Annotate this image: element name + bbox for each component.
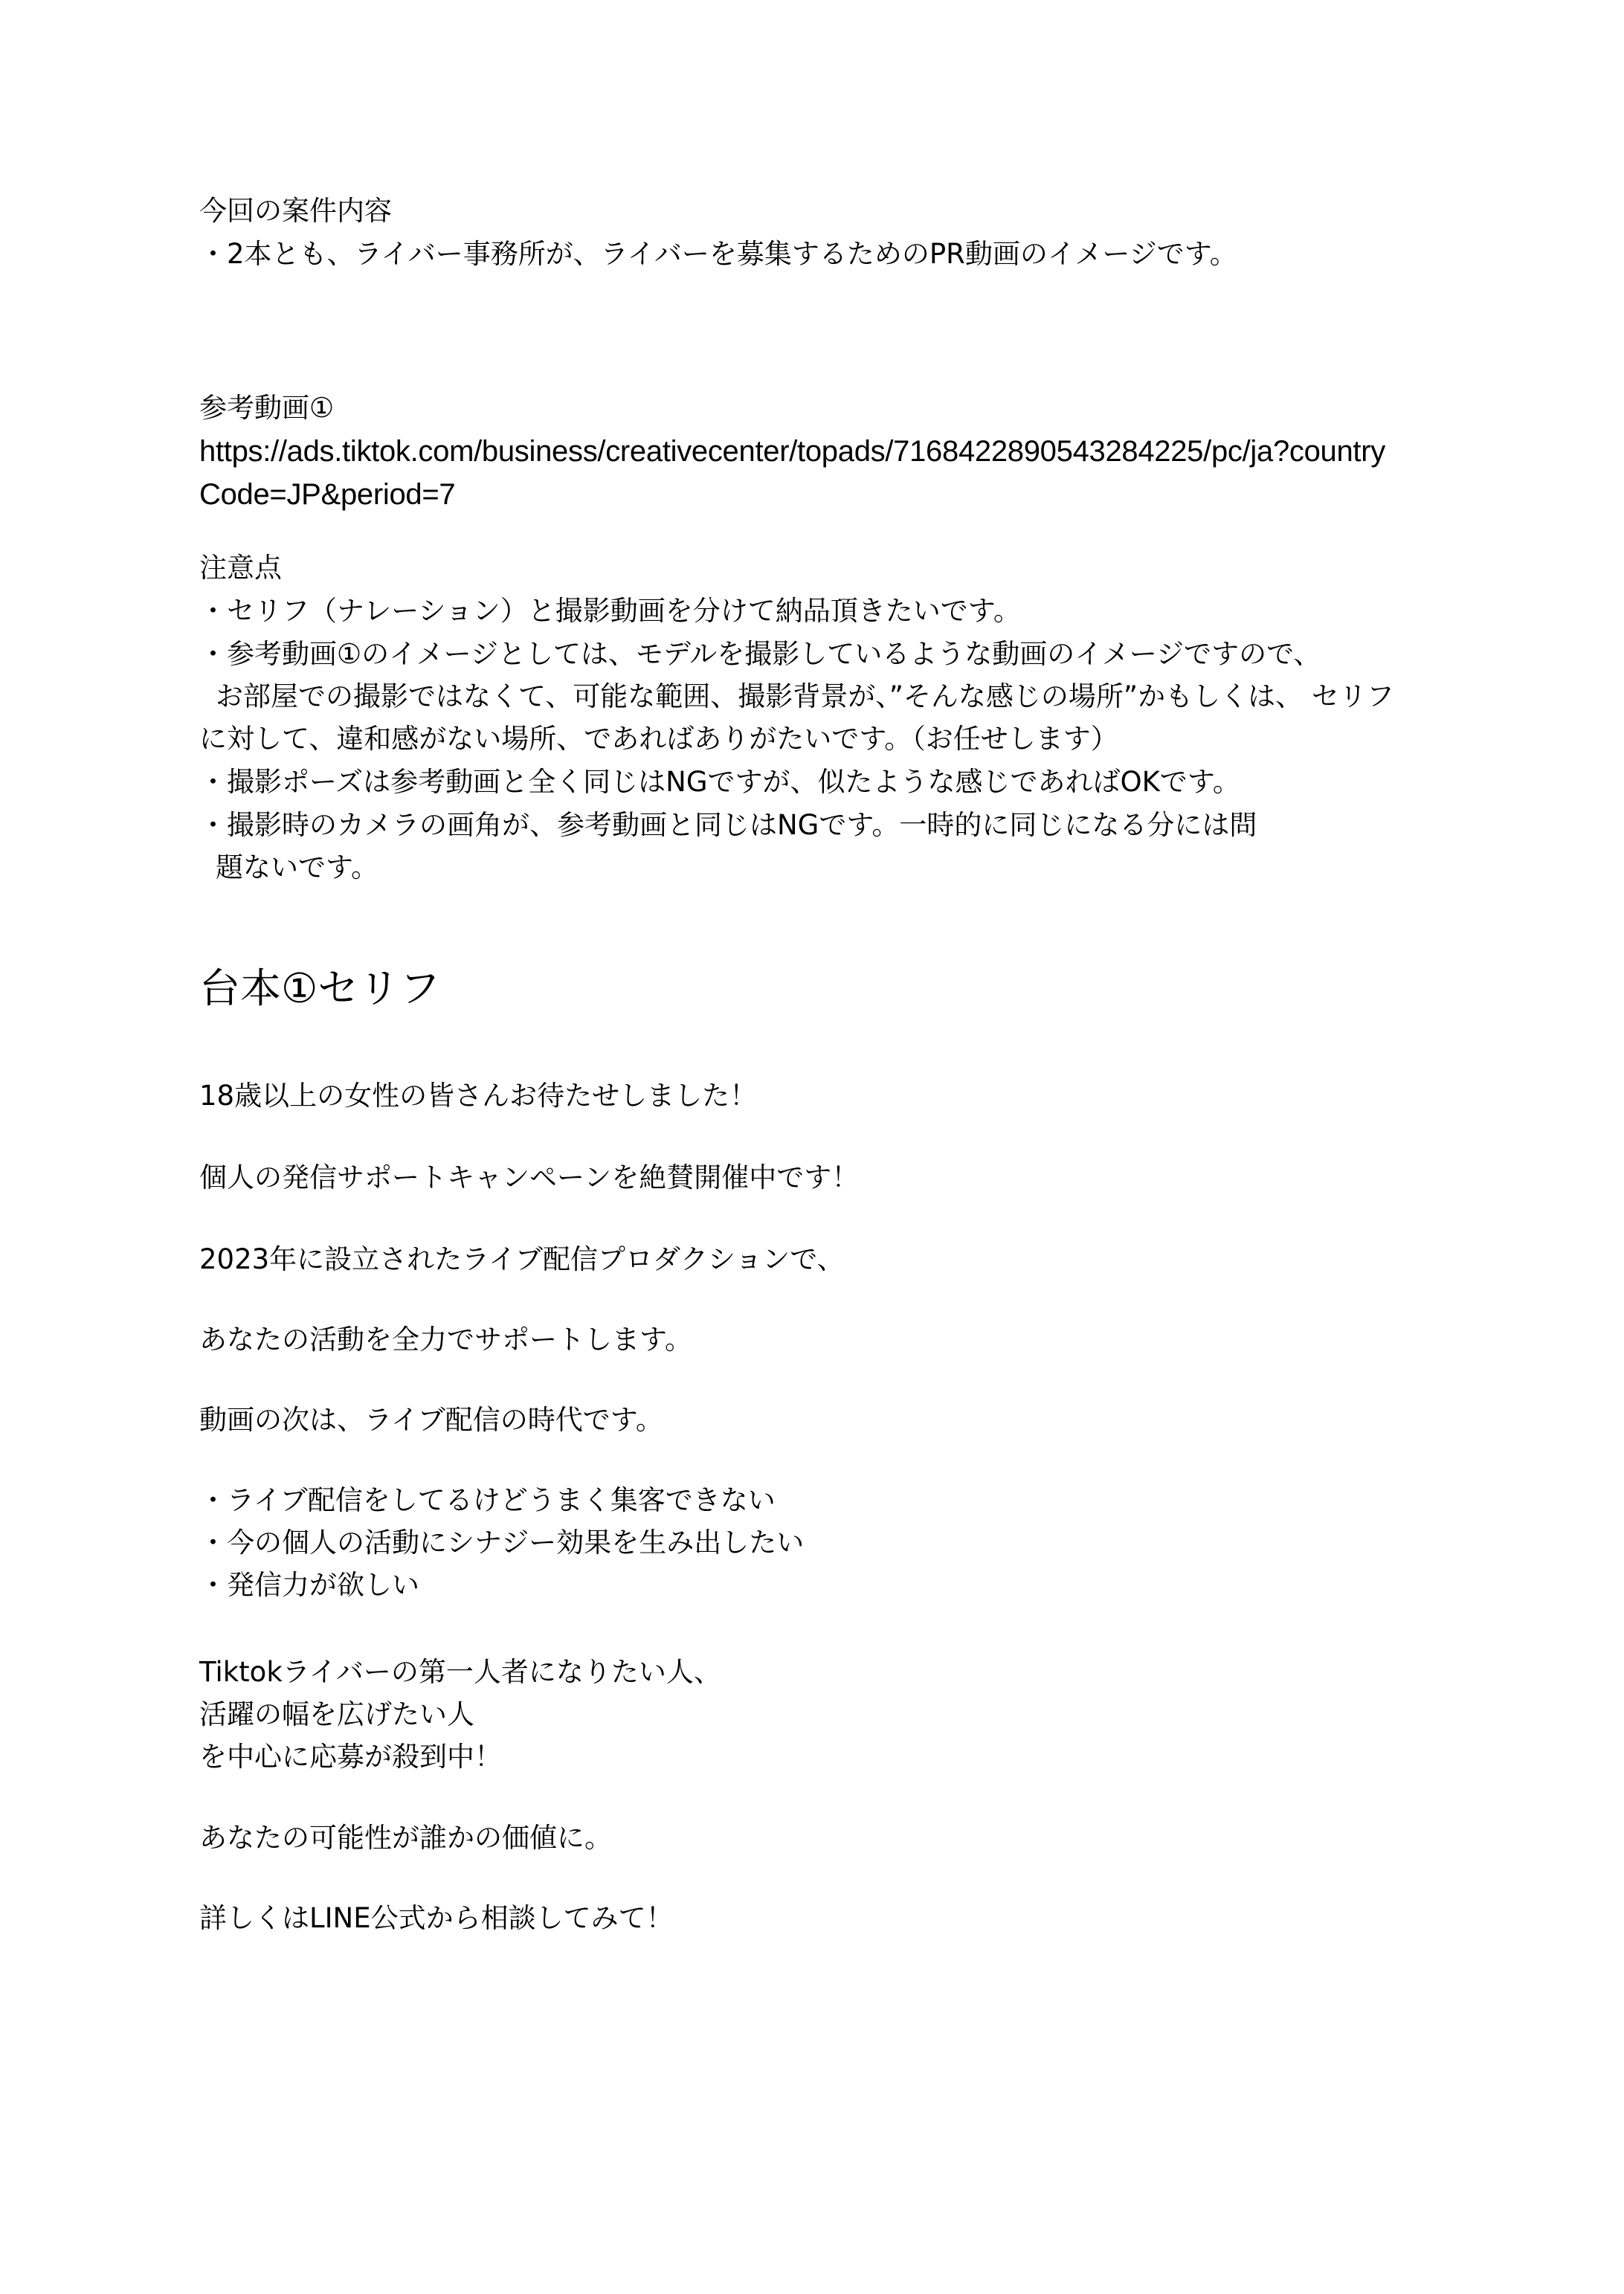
note-line: 題ないです。 xyxy=(216,851,378,884)
script-line: Tiktokライバーの第一人者になりたい人、 xyxy=(199,1656,721,1689)
script-line: 動画の次は、ライブ配信の時代です。 xyxy=(199,1404,663,1437)
script-line: 18歳以上の女性の皆さんお待たせしました！ xyxy=(199,1080,757,1112)
script-line: 個人の発信サポートキャンペーンを絶賛開催中です！ xyxy=(199,1162,859,1194)
note-line: に対して、違和感がない場所、であればありがたいです。（お任せします） xyxy=(199,723,1118,755)
script-bullet: ・今の個人の活動にシナジー効果を生み出したい xyxy=(199,1527,804,1559)
reference-video-url-line-1[interactable]: https://ads.tiktok.com/business/creative… xyxy=(199,435,1385,468)
script-line: 2023年に設立されたライブ配信プロダクションで、 xyxy=(199,1243,844,1276)
note-line: ・撮影時のカメラの画角が、参考動画と同じはNGです。一時的に同じになる分には問 xyxy=(199,809,1257,842)
script-line: を中心に応募が殺到中！ xyxy=(199,1741,502,1773)
script-bullet: ・発信力が欲しい xyxy=(199,1569,419,1602)
script-line: 詳しくはLINE公式から相談してみて！ xyxy=(199,1902,674,1935)
script-bullet: ・ライブ配信をしてるけどうまく集客できない xyxy=(199,1484,776,1517)
script-heading: 台本①セリフ xyxy=(199,964,440,1012)
script-line: あなたの可能性が誰かの価値に。 xyxy=(199,1822,612,1855)
note-line: ・参考動画①のイメージとしては、モデルを撮影しているような動画のイメージですので… xyxy=(199,638,1321,671)
script-line: あなたの活動を全力でサポートします。 xyxy=(199,1324,692,1356)
reference-video-title: 参考動画① xyxy=(199,392,334,425)
note-line: お部屋での撮影ではなくて、可能な範囲、撮影背景が、”そんな感じの場所”かもしくは… xyxy=(216,680,1394,713)
project-description-line: ・2本とも、ライバー事務所が、ライバーを募集するためのPR動画のイメージです。 xyxy=(199,238,1237,271)
notes-section-title: 注意点 xyxy=(199,552,282,584)
note-line: ・セリフ（ナレーション）と撮影動画を分けて納品頂きたいです。 xyxy=(199,595,1021,628)
note-line: ・撮影ポーズは参考動画と全く同じはNGですが、似たような感じであればOKです。 xyxy=(199,766,1240,799)
document-page: 今回の案件内容 ・2本とも、ライバー事務所が、ライバーを募集するためのPR動画の… xyxy=(0,0,1624,2294)
project-section-title: 今回の案件内容 xyxy=(199,195,392,228)
script-line: 活躍の幅を広げたい人 xyxy=(199,1698,474,1731)
reference-video-url-line-2[interactable]: Code=JP&period=7 xyxy=(199,478,455,511)
